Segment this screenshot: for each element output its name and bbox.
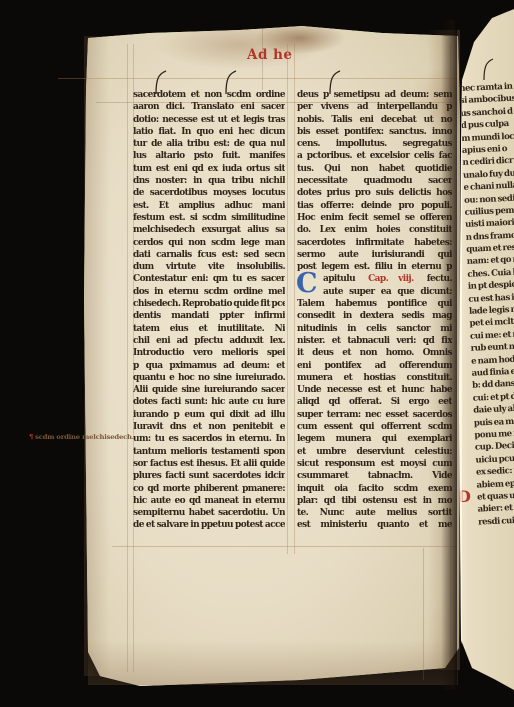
text-line: Iuravit dns et non penitebit e <box>133 421 285 433</box>
text-line: do. Lex enim hoies constituit <box>297 224 452 236</box>
column-lines-before: deus p semetipsu ad deum: semper vivens … <box>297 89 452 273</box>
ascender-flourish <box>152 68 168 94</box>
text-line: dati carnalis fcus est: sed secn <box>133 249 285 261</box>
text-line: sempiternu habet sacerdotiu. Un <box>133 507 285 519</box>
text-line: sor factus est ihesus. Et alii quide <box>133 458 285 470</box>
chapter-word: apitulu <box>323 274 355 284</box>
ruling-line <box>58 78 456 79</box>
chapter-start-block: C apitulu Cap. viij. fectu. aute super e… <box>297 273 452 298</box>
illuminated-initial: C <box>296 271 320 297</box>
text-line: tantum melioris testamenti spon <box>133 446 285 458</box>
running-title: Ad he <box>247 47 293 63</box>
text-line: Talem habemus pontifice qui <box>297 298 452 310</box>
text-line: est ministeriu quanto et me <box>297 519 452 531</box>
text-line: legem munera qui exemplari <box>297 433 452 445</box>
text-line: it deus et non homo. Omnis <box>297 347 452 359</box>
chapter-rubric: Cap. viij. <box>368 274 414 284</box>
text-line: dotes facti sunt: hic aute cu iure <box>133 396 285 408</box>
text-line: tatem eius et inutilitate. Ni <box>133 323 285 335</box>
text-line: nitudinis in celis sanctor mi <box>297 323 452 335</box>
leaf-gap-shadow <box>441 20 457 690</box>
parchment-crease <box>423 548 424 680</box>
text-line: p qua pximamus ad deum: et <box>133 360 285 372</box>
text-line: dns noster: in qua tribu nichil <box>133 175 285 187</box>
next-page-text: hec ramta insi ambocibusus sanchoi dd pu… <box>459 79 514 528</box>
margin-note: ¶scdm ordine melchisedech. <box>29 433 137 441</box>
text-column-left: sacerdotem et non scdm ordineaaron dici.… <box>133 89 285 532</box>
text-line: plures facti sunt sacerdotes idcir <box>133 470 285 482</box>
text-line: iurando p eum qui dixit ad illu <box>133 409 285 421</box>
text-line: munera et hostias constituit. <box>297 372 452 384</box>
text-column-right: deus p semetipsu ad deum: semper vivens … <box>297 89 452 532</box>
text-line: post legem est. filiu in eternu p <box>297 261 452 273</box>
text-line: tur de alia tribu est: de qua nul <box>133 138 285 150</box>
text-line: aute super ea que dicunt: <box>297 286 452 298</box>
text-line: lus altario psto fuit. manifes <box>133 150 285 162</box>
text-line: Unde necesse est et hunc habe <box>297 384 452 396</box>
text-line: sicut responsum est moysi cum <box>297 458 452 470</box>
text-line: co qd morte phiberent pmanere: <box>133 483 285 495</box>
text-line: tus. Qui non habet quotidie <box>297 163 452 175</box>
text-line: inquit oia facito scdm exem <box>297 483 452 495</box>
text-line: in pt despicam <box>468 277 514 293</box>
text-line: dotes prius pro suis delictis hos <box>297 187 452 199</box>
text-line: per vivens ad interpellandu p <box>297 101 452 113</box>
text-line: cens. impollutus. segregatus <box>297 138 452 150</box>
text-line: sermo aute iurisiurandi qui <box>297 249 452 261</box>
text-line: csummaret tabnaclm. Vide <box>297 470 452 482</box>
text-line: chil eni ad pfectu adduxit lex. <box>133 335 285 347</box>
text-line: tum est eni qd ex iuda ortus sit <box>133 163 285 175</box>
text-line: te. Nunc aute melius sortit <box>297 507 452 519</box>
text-line: super terram: nec esset sacerdos <box>297 409 452 421</box>
text-line: nister. et tabnaculi veri: qd fix <box>297 335 452 347</box>
text-line: latio fiat. In quo eni hec dicun <box>133 126 285 138</box>
text-line: dum virtute vite insolubilis. <box>133 261 285 273</box>
text-line: et umbre deserviunt celestiu: <box>297 446 452 458</box>
ruling-line <box>294 44 295 554</box>
text-line: cerdos qui non scdm lege man <box>133 237 285 249</box>
text-line: a pctoribus. et excelsior celis fac <box>297 150 452 162</box>
column-lines-after: Talem habemus pontifice quiconsedit in d… <box>297 298 452 532</box>
text-line: est. Et amplius adhuc mani <box>133 200 285 212</box>
ascender-flourish <box>480 56 496 80</box>
text-line: aliqd qd offerat. Si ergo eet <box>297 396 452 408</box>
text-line: deus p semetipsu ad deum: sem <box>297 89 452 101</box>
text-line: plar: qd tibi ostensu est in mo <box>297 495 452 507</box>
text-line: dotio: necesse est ut et legis tras <box>133 114 285 126</box>
text-line: chisedech. Reprobatio quide fit pce <box>133 298 285 310</box>
text-line: hic aute eo qd maneat in eternu <box>133 495 285 507</box>
text-line: eni pontifex ad offerendum <box>297 360 452 372</box>
ruling-line <box>112 546 456 547</box>
text-line: dos in eternu scdm ordine mel <box>133 286 285 298</box>
text-line: festum est. si scdm similitudine <box>133 212 285 224</box>
manuscript-photo: Ad he sacerdotem et non scdm ordineaaron… <box>0 0 514 707</box>
text-line: cum essent qui offerrent scdm <box>297 421 452 433</box>
text-line: apitulu Cap. viij. fectu. <box>297 273 452 285</box>
ruling-line <box>127 44 128 672</box>
ascender-flourish <box>222 68 238 94</box>
text-line: aaron dici. Translato eni sacer <box>133 101 285 113</box>
text-line: consedit in dextera sedis mag <box>297 310 452 322</box>
text-line: quantu e hoc no sine iureiurado. <box>133 372 285 384</box>
text-line: dentis mandati ppter infirmi <box>133 310 285 322</box>
text-line: de sacerdotibus moyses locutus <box>133 187 285 199</box>
text-line: Introductio vero melioris spei <box>133 347 285 359</box>
text-line: de et salvare in ppetuu potest acce <box>133 519 285 531</box>
text-line: Hoc enim fecit semel se offeren <box>297 212 452 224</box>
text-line: Contestatur eni: qm tu es sacer <box>133 273 285 285</box>
paraph-mark: ¶ <box>29 433 33 441</box>
text-line: nobis. Talis eni decebat ut no <box>297 114 452 126</box>
text-line: um: tu es sacerdos in eternu. In <box>133 433 285 445</box>
text-line: tias offerre: deinde pro populi. <box>297 200 452 212</box>
margin-note-text: scdm ordine melchisedech. <box>35 433 134 441</box>
ascender-flourish <box>326 68 342 94</box>
text-line: Alii quide sine iureiurando sacer <box>133 384 285 396</box>
text-line: melchisedech exsurgat alius sa <box>133 224 285 236</box>
text-line: bis esset pontifex: sanctus. inno <box>297 126 452 138</box>
ruling-line <box>287 44 288 554</box>
text-line: sacerdotes infirmitate habetes: <box>297 237 452 249</box>
text-line: necessitate quadmodu sacer <box>297 175 452 187</box>
